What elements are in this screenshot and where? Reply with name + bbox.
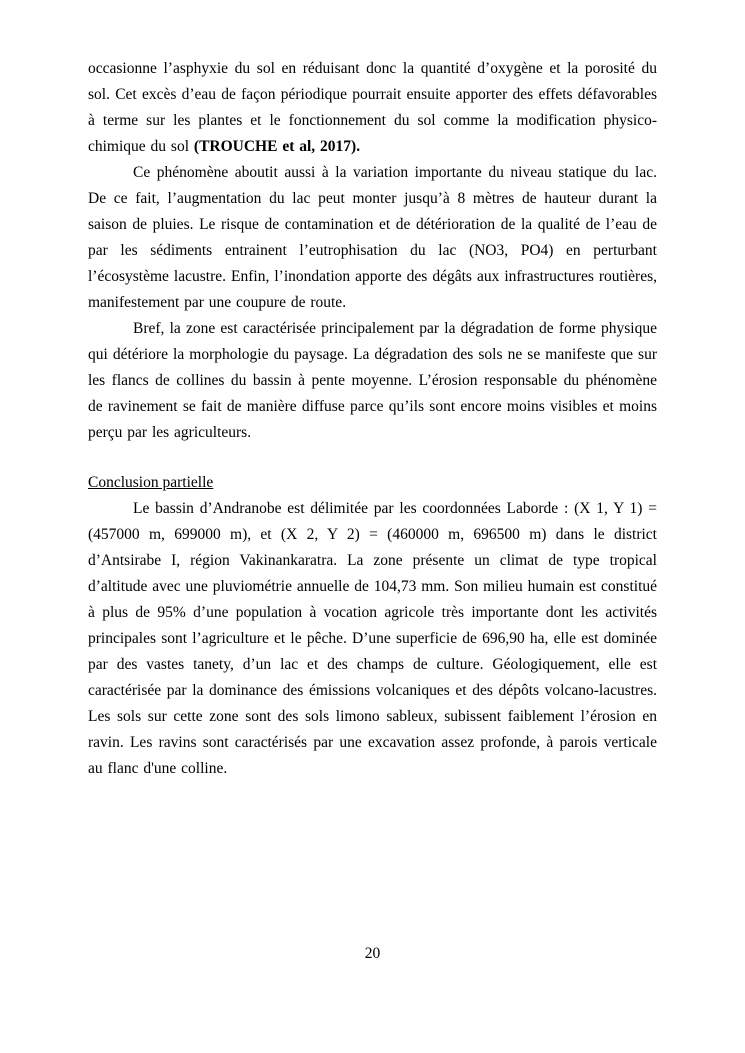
page-content: occasionne l’asphyxie du sol en réduisan… <box>88 56 657 782</box>
conclusion-heading: Conclusion partielle <box>88 470 657 496</box>
paragraph-conclusion: Le bassin d’Andranobe est délimitée par … <box>88 496 657 782</box>
citation-trouche: (TROUCHE et al, 2017). <box>194 138 360 155</box>
page-number: 20 <box>0 941 745 967</box>
paragraph-text: occasionne l’asphyxie du sol en réduisan… <box>88 60 657 155</box>
document-page: occasionne l’asphyxie du sol en réduisan… <box>0 0 745 1053</box>
paragraph-lake-level: Ce phénomène aboutit aussi à la variatio… <box>88 160 657 316</box>
paragraph-degradation-summary: Bref, la zone est caractérisée principal… <box>88 316 657 446</box>
paragraph-soil-asphyxia: occasionne l’asphyxie du sol en réduisan… <box>88 56 657 160</box>
